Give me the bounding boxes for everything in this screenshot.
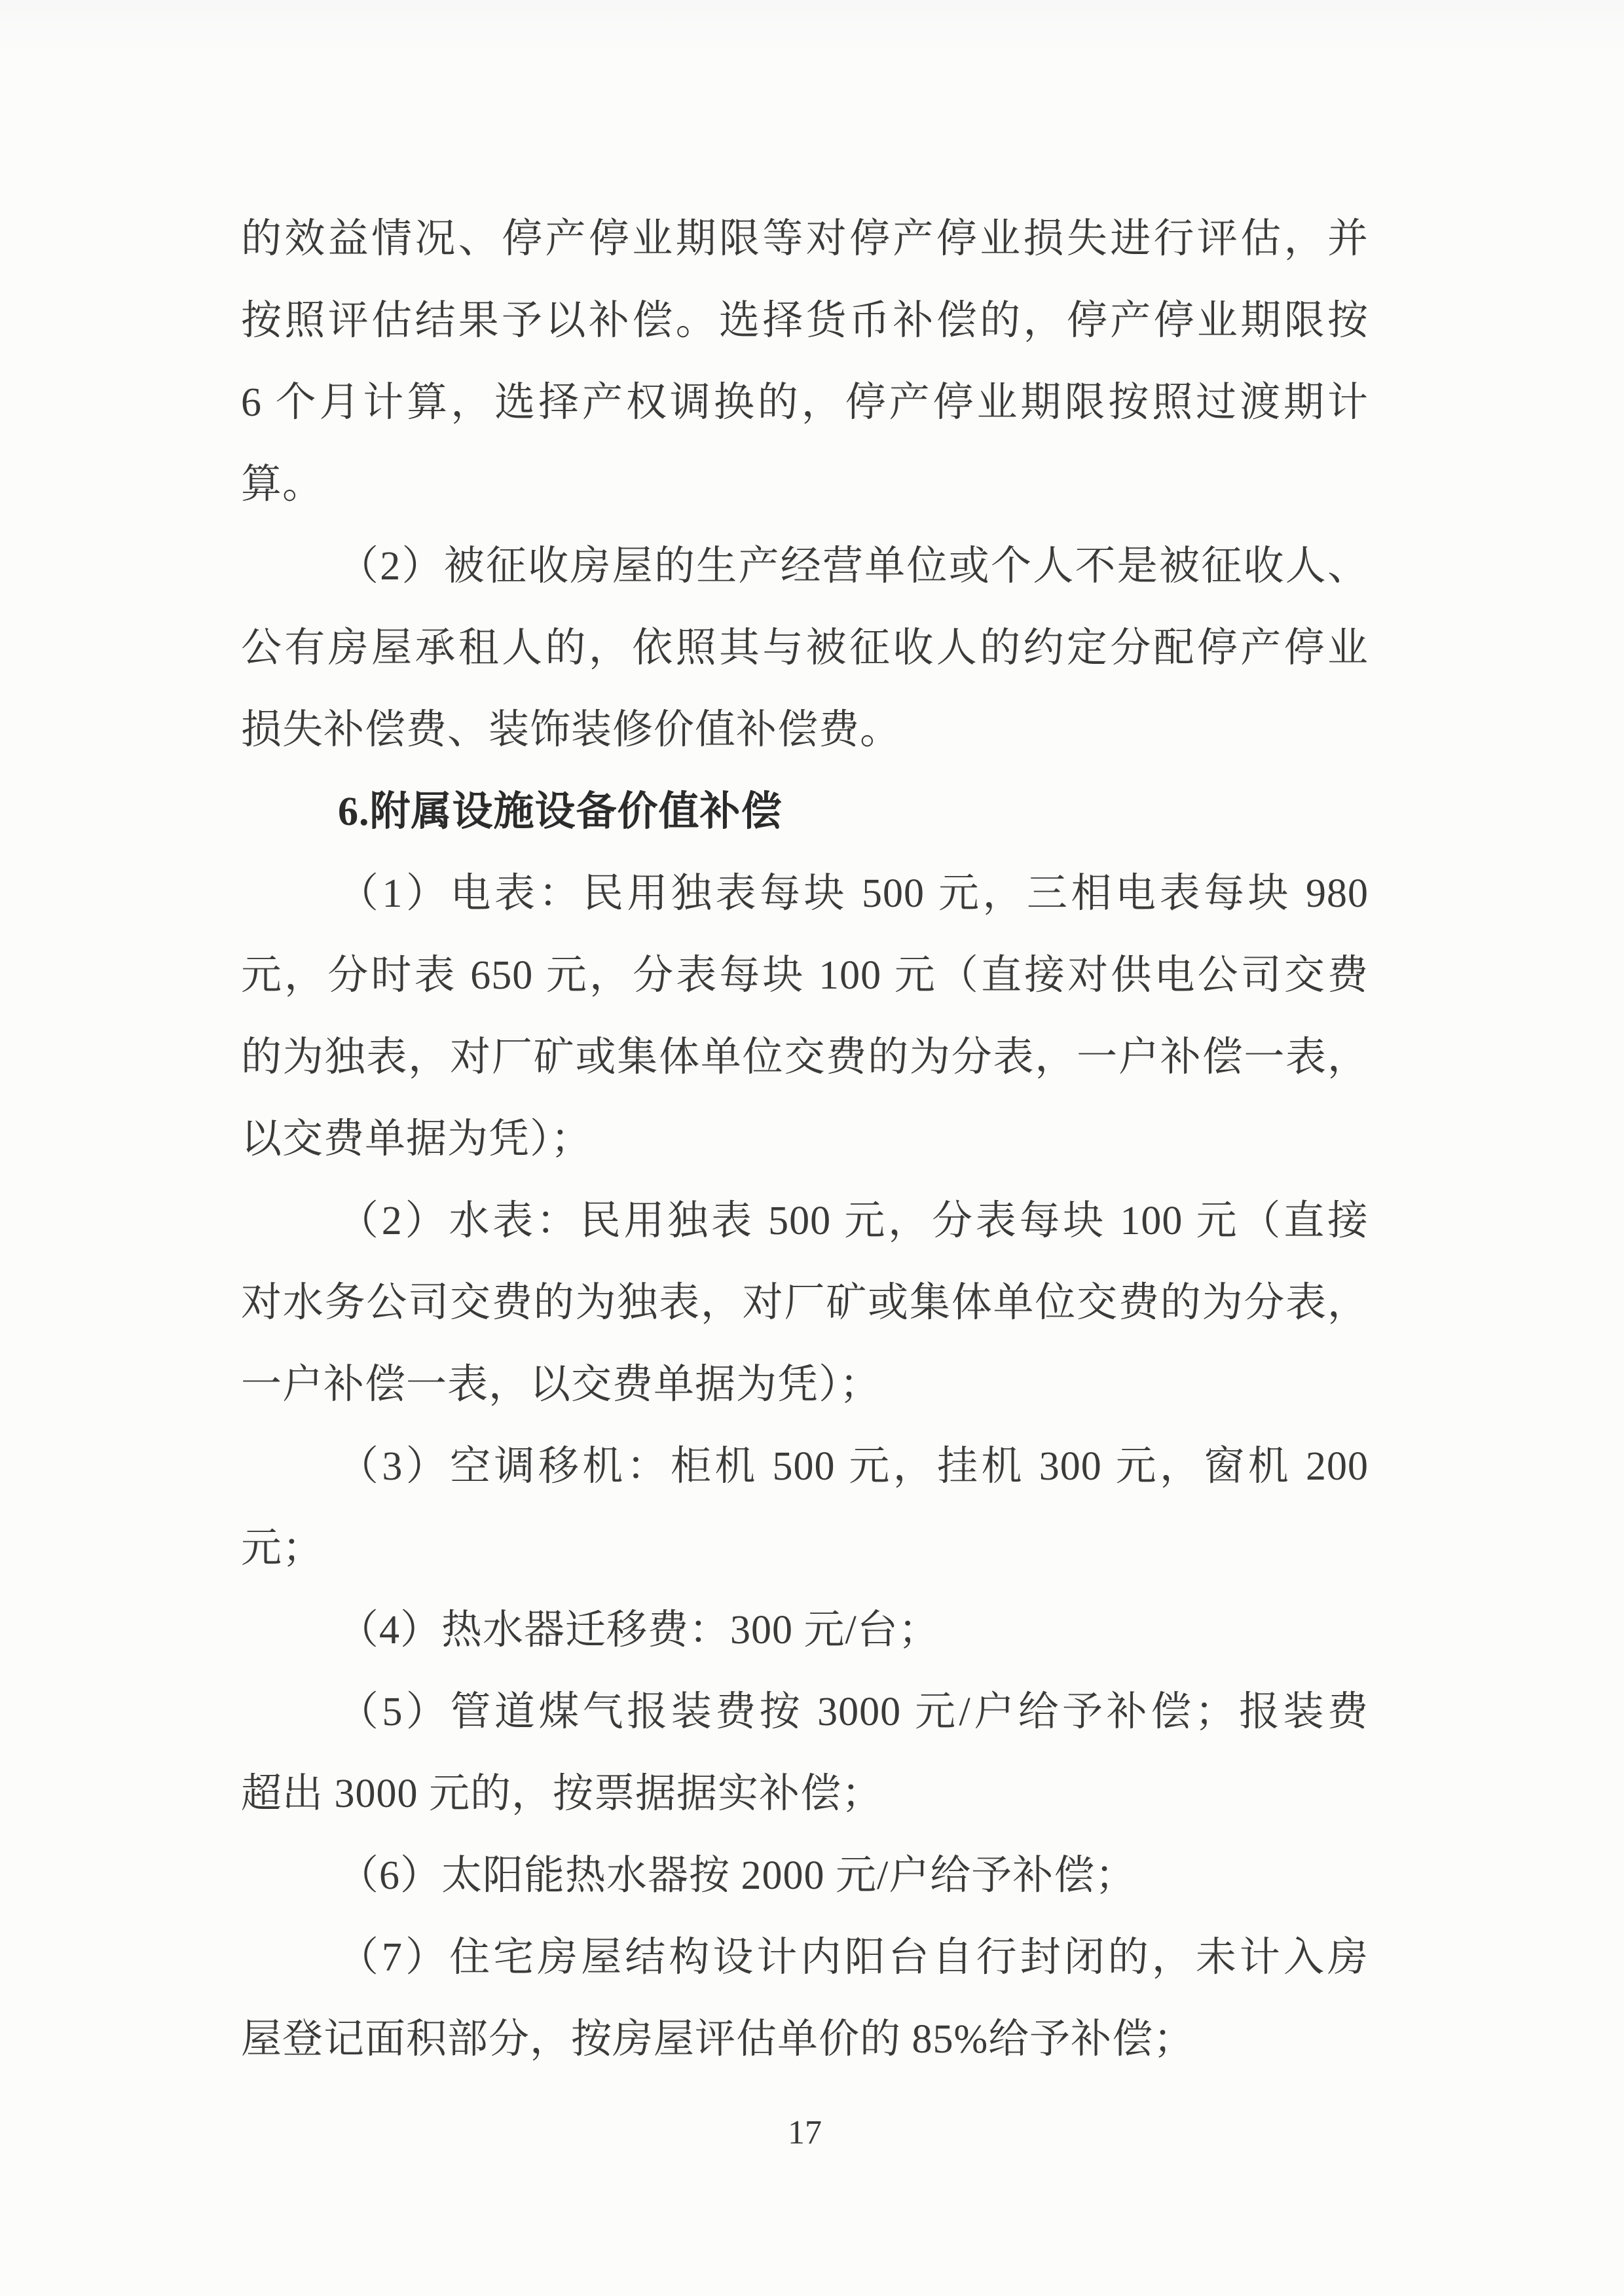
text-line: （2）水表：民用独表 500 元，分表每块 100 元（直接 [241,1180,1369,1262]
text-line: （2）被征收房屋的生产经营单位或个人不是被征收人、 [241,526,1369,608]
text-line: 的效益情况、停产停业期限等对停产停业损失进行评估，并 [241,198,1369,280]
text-line: 的为独表，对厂矿或集体单位交费的为分表，一户补偿一表， [241,1017,1369,1099]
text-line: 算。 [241,444,1369,526]
text-line: 超出 3000 元的，按票据据实补偿； [241,1753,1369,1835]
text-line: （3）空调移机：柜机 500 元，挂机 300 元，窗机 200 [241,1426,1369,1508]
text-line: （7）住宅房屋结构设计内阳台自行封闭的，未计入房 [241,1917,1369,1999]
text-line: 6 个月计算，选择产权调换的，停产停业期限按照过渡期计 [241,362,1369,444]
document-page: 的效益情况、停产停业期限等对停产停业损失进行评估，并 按照评估结果予以补偿。选择… [0,0,1624,2296]
text-line: 屋登记面积部分，按房屋评估单价的 85%给予补偿； [241,1999,1369,2081]
text-line: 元，分时表 650 元，分表每块 100 元（直接对供电公司交费 [241,935,1369,1017]
text-line: 对水务公司交费的为独表，对厂矿或集体单位交费的为分表， [241,1262,1369,1344]
text-line: （4）热水器迁移费：300 元/台； [241,1590,1369,1671]
text-line: 按照评估结果予以补偿。选择货币补偿的，停产停业期限按 [241,280,1369,362]
text-line: （5）管道煤气报装费按 3000 元/户给予补偿；报装费 [241,1671,1369,1753]
page-number: 17 [241,2113,1369,2152]
text-line: 元； [241,1508,1369,1590]
text-line: （6）太阳能热水器按 2000 元/户给予补偿； [241,1835,1369,1917]
document-body: 的效益情况、停产停业期限等对停产停业损失进行评估，并 按照评估结果予以补偿。选择… [241,198,1369,2081]
text-line: 公有房屋承租人的，依照其与被征收人的约定分配停产停业 [241,608,1369,689]
text-line: 一户补偿一表，以交费单据为凭）； [241,1344,1369,1426]
section-heading: 6.附属设施设备价值补偿 [241,771,1369,853]
text-line: （1）电表：民用独表每块 500 元，三相电表每块 980 [241,853,1369,935]
text-line: 损失补偿费、装饰装修价值补偿费。 [241,689,1369,771]
text-line: 以交费单据为凭）； [241,1099,1369,1180]
